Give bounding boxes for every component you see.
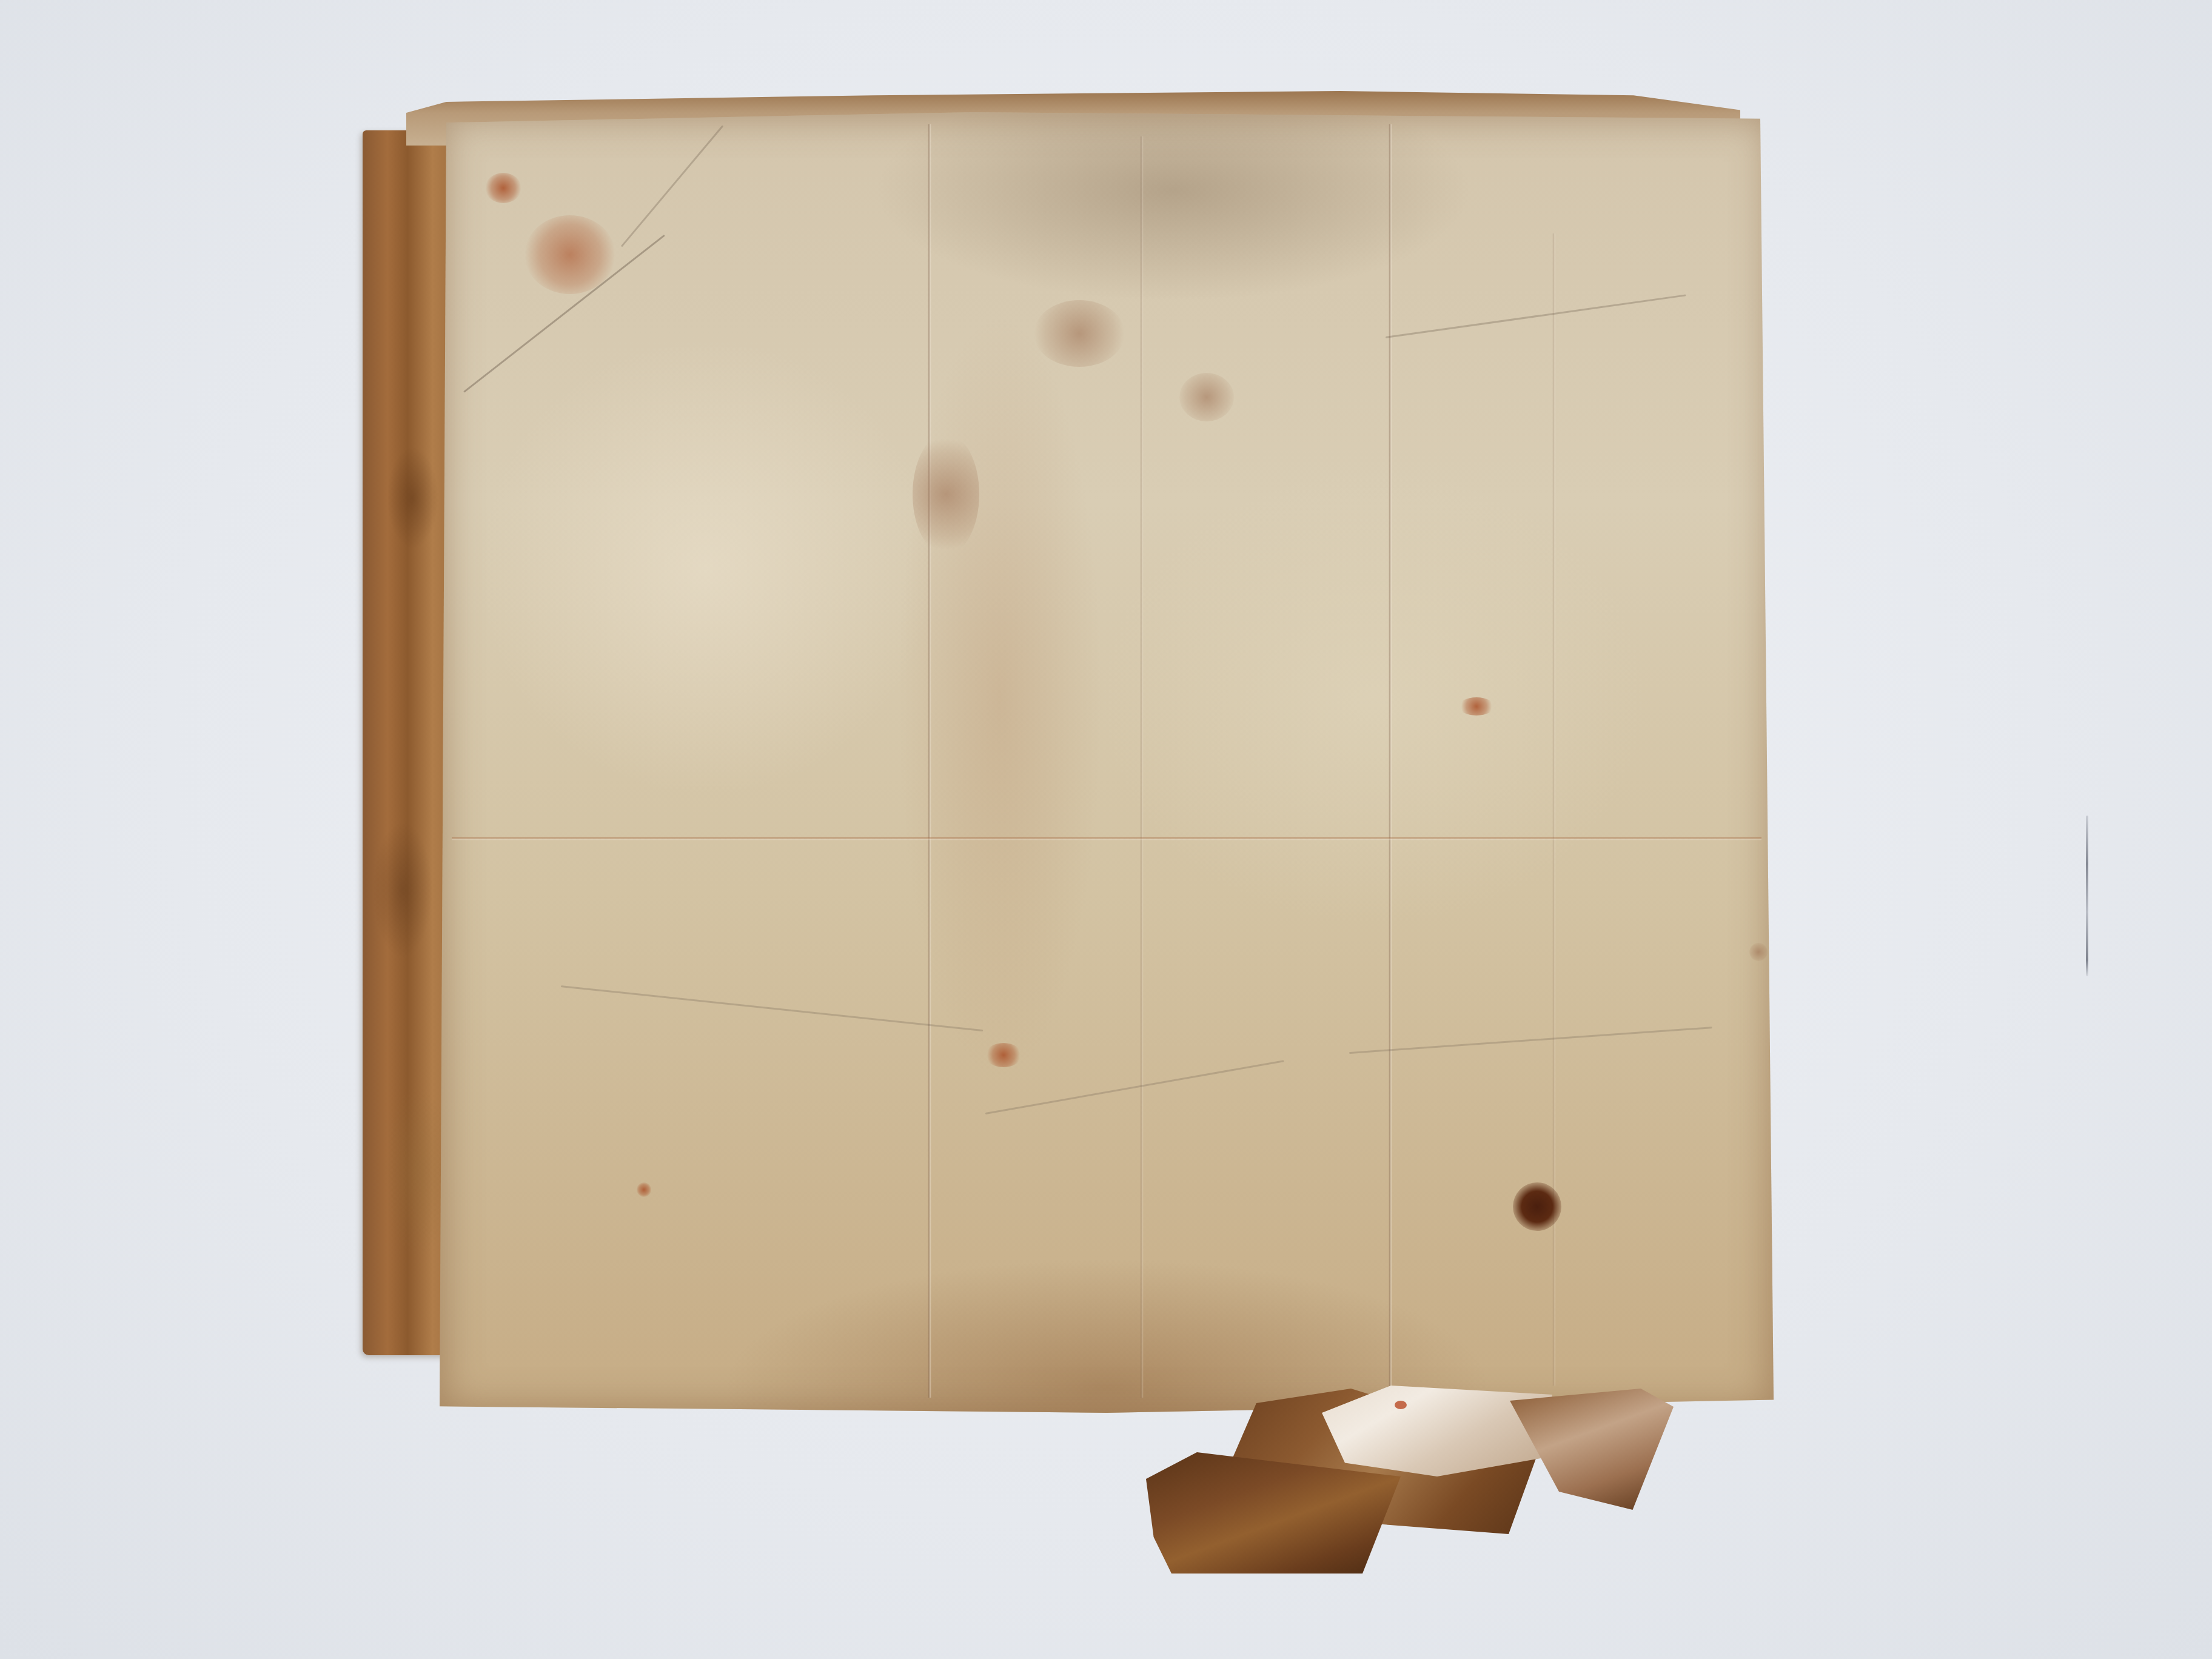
water-stain [1034,300,1125,367]
rust-stain [1458,697,1495,716]
parchment-document [440,112,1774,1413]
rust-stain [985,1043,1022,1067]
fold-line-horizontal [452,837,1761,840]
ribbon-stain [1395,1401,1407,1409]
water-stain [1749,943,1768,961]
photo-scene [0,0,2212,1659]
water-stain [913,434,979,555]
water-stain [1179,373,1234,421]
pencil-mark [2086,816,2088,976]
fold-line-vertical-3 [1389,124,1392,1398]
rust-stain [485,173,521,203]
crease-line [561,985,983,1031]
crease-line [621,125,723,247]
crease-line [1386,294,1686,338]
crease-line [1349,1027,1712,1054]
fold-line-vertical-2 [1140,136,1144,1398]
fold-line-vertical-1 [928,124,931,1398]
dark-stain [1513,1182,1561,1231]
crease-line [985,1060,1284,1114]
rust-stain [525,215,615,294]
rust-stain [637,1182,651,1197]
